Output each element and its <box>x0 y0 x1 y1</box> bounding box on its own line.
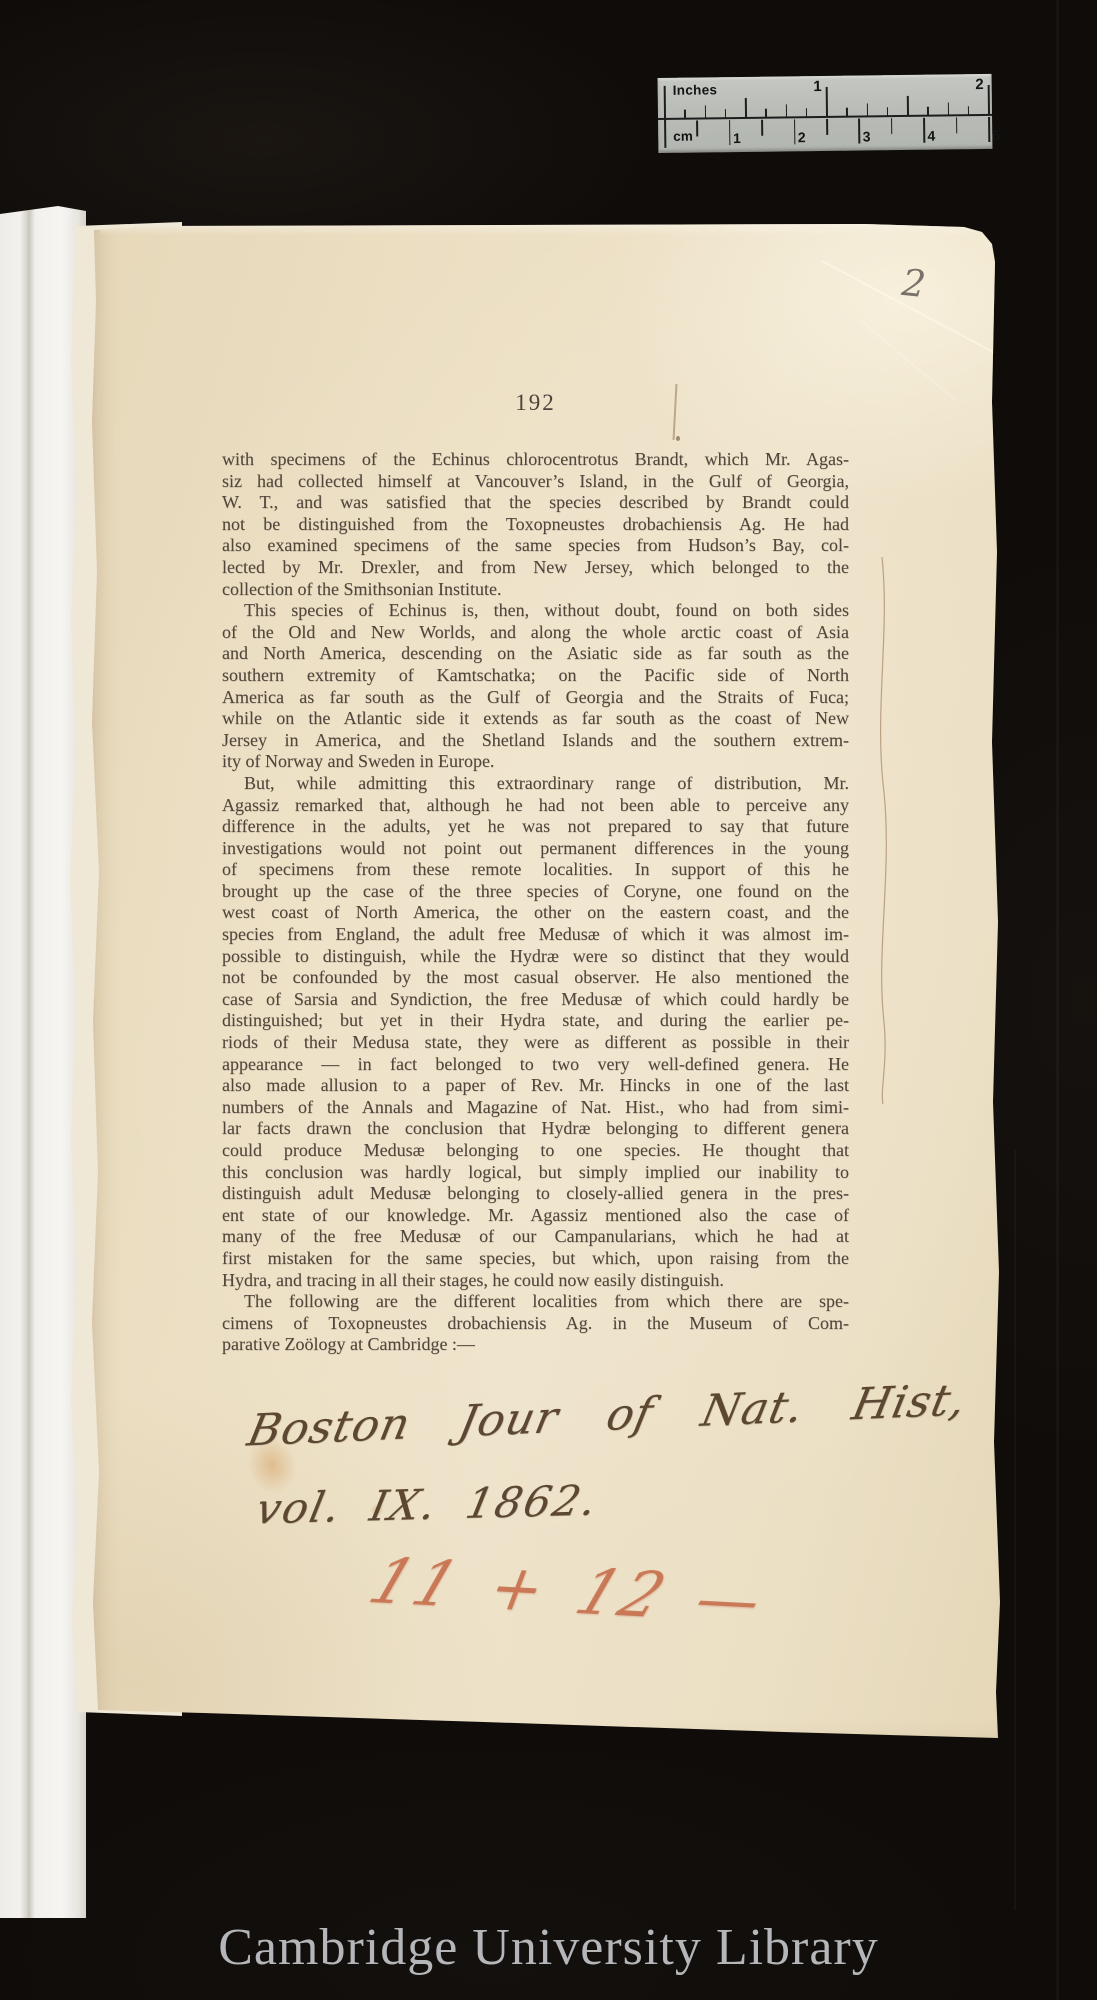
text-line: could produce Medusæ belonging to one sp… <box>222 1140 849 1162</box>
ink-annotation-line2: vol. IX. 1862. <box>252 1476 603 1534</box>
text-line: also made allusion to a paper of Rev. Mr… <box>222 1075 849 1097</box>
text-line: not be distinguished from the Toxopneust… <box>222 514 849 536</box>
photo-background: Inches cm 1212345 192 2 with specimens o… <box>0 0 1097 2000</box>
ruler-cm-label: cm <box>673 129 693 144</box>
measurement-ruler: Inches cm 1212345 <box>658 74 993 153</box>
ruler-tick <box>988 85 990 115</box>
text-line: this conclusion was hardly logical, but … <box>222 1162 849 1184</box>
ruler-tick <box>725 109 727 118</box>
ruler-tick <box>794 119 796 144</box>
pencil-folio-number: 2 <box>900 261 928 306</box>
text-line: many of the free Medusæ of our Campanula… <box>222 1226 849 1248</box>
ruler-tick <box>729 120 731 145</box>
ink-annotation-line1: Boston Jour of Nat. Hist, <box>243 1375 971 1457</box>
text-line: investigations would not point out perma… <box>222 838 849 860</box>
text-line: siz had collected himself at Vancouver’s… <box>222 471 849 493</box>
scanned-page: 192 2 with specimens of the Echinus chlo… <box>84 222 1014 1746</box>
fiber-mark <box>870 552 900 1112</box>
ruler-inches-label: Inches <box>673 82 718 98</box>
text-line: Agassiz remarked that, although he had n… <box>222 795 849 817</box>
paper-speck <box>676 436 680 441</box>
text-line: distinguish adult Medusæ belonging to cl… <box>222 1183 849 1205</box>
velvet-streak <box>1056 0 1059 2000</box>
text-line: and North America, descending on the Asi… <box>222 643 849 665</box>
ruler-tick <box>887 107 889 116</box>
ruler-ticks <box>658 74 992 78</box>
ruler-tick <box>761 120 763 136</box>
text-line: The following are the different localiti… <box>222 1291 849 1313</box>
text-line: W. T., and was satisfied that the specie… <box>222 492 849 514</box>
text-line: with specimens of the Echinus chlorocent… <box>222 449 849 471</box>
ruler-tick <box>858 119 860 144</box>
ruler-cm-number: 4 <box>927 128 935 144</box>
ruler-cm-number: 2 <box>798 129 806 145</box>
library-watermark: Cambridge University Library <box>0 1918 1097 1977</box>
ruler-inch-number: 2 <box>968 76 984 93</box>
text-line: ity of Norway and Sweden in Europe. <box>222 751 849 773</box>
text-line: lected by Mr. Drexler, and from New Jers… <box>222 557 849 579</box>
ruler-tick <box>765 109 767 118</box>
ruler-inch-number: 1 <box>806 78 822 95</box>
ruler-numbers: 1212345 <box>658 74 992 78</box>
ruler-tick <box>947 102 949 115</box>
ruler-tick <box>704 105 706 118</box>
ruler-cm-number: 1 <box>733 130 741 146</box>
text-line: riods of their Medusa state, they were a… <box>222 1032 849 1054</box>
text-line: brought up the case of the three species… <box>222 881 849 903</box>
ruler-tick <box>696 121 698 137</box>
ruler-tick <box>785 104 787 117</box>
ruler-tick <box>846 108 848 117</box>
ruler-tick <box>684 110 686 119</box>
text-line: also examined specimens of the same spec… <box>222 535 849 557</box>
text-line: parative Zoölogy at Cambridge :— <box>222 1334 849 1356</box>
text-line: lar facts drawn the conclusion that Hydr… <box>222 1118 849 1140</box>
text-line: This species of Echinus is, then, withou… <box>222 600 849 622</box>
velvet-streak <box>1014 1150 1016 1910</box>
ruler-tick <box>866 103 868 116</box>
text-line: America as far south as the Gulf of Geor… <box>222 687 849 709</box>
crayon-annotation: 11 + 12 — <box>360 1544 777 1638</box>
text-line: collection of the Smithsonian Institute. <box>222 579 849 601</box>
ruler-cm-number: 3 <box>863 128 871 144</box>
ruler-tick <box>806 108 808 117</box>
ruler-tick <box>826 119 828 135</box>
ruler-tick <box>923 118 925 143</box>
text-line: But, while admitting this extraordinary … <box>222 773 849 795</box>
ruler-tick <box>826 87 828 117</box>
ruler-tick <box>927 107 929 116</box>
page-text: with specimens of the Echinus chlorocent… <box>222 449 849 1356</box>
ruler-tick <box>956 117 958 133</box>
album-page-edge <box>0 206 86 1918</box>
text-line: ent state of our knowledge. Mr. Agassiz … <box>222 1205 849 1227</box>
ruler-tick <box>891 118 893 134</box>
ruler-zero-line <box>664 86 667 148</box>
text-line: species from England, the adult free Med… <box>222 924 849 946</box>
text-line: Jersey in America, and the Shetland Isla… <box>222 730 849 752</box>
text-line: first mistaken for the same species, but… <box>222 1248 849 1270</box>
ruler-tick <box>968 106 970 115</box>
text-line: while on the Atlantic side it extends as… <box>222 708 849 730</box>
ruler-tick <box>745 98 747 118</box>
text-line: case of Sarsia and Syndiction, the free … <box>222 989 849 1011</box>
text-line: southern extremity of Kamtschatka; on th… <box>222 665 849 687</box>
ruler-tick <box>988 117 990 142</box>
text-line: not be confounded by the most casual obs… <box>222 967 849 989</box>
paper-crease <box>858 318 955 400</box>
text-line: numbers of the Annals and Magazine of Na… <box>222 1097 849 1119</box>
text-line: distinguished; but yet in their Hydra st… <box>222 1010 849 1032</box>
text-line: west coast of North America, the other o… <box>222 902 849 924</box>
text-line: of the Old and New Worlds, and along the… <box>222 622 849 644</box>
page-edge-highlight <box>100 224 980 235</box>
text-line: possible to distinguish, while the Hydræ… <box>222 946 849 968</box>
text-line: of specimens from these remote localitie… <box>222 859 849 881</box>
printed-page-number: 192 <box>222 390 849 416</box>
text-line: appearance — in fact belonged to two ver… <box>222 1054 849 1076</box>
text-line: difference in the adults, yet he was not… <box>222 816 849 838</box>
text-line: Hydra, and tracing in all their stages, … <box>222 1270 849 1292</box>
ruler-cm-number: 5 <box>992 127 1000 143</box>
text-line: cimens of Toxopneustes drobachiensis Ag.… <box>222 1313 849 1335</box>
ruler-tick <box>907 96 909 116</box>
